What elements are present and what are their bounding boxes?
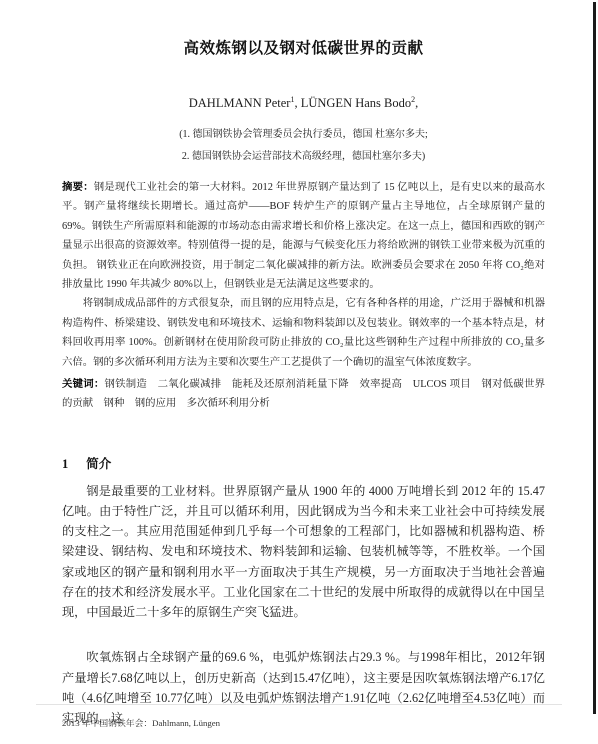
authors-trailing-comma: , (415, 96, 418, 110)
section-1-number: 1 (62, 457, 68, 471)
abstract-paragraph-2: 将钢制成成品部件的方式很复杂，而且钢的应用特点是，它有各种各样的用途，广泛用于器… (62, 294, 545, 372)
section-1-title: 简介 (86, 457, 111, 471)
footer-separator-rule (36, 704, 562, 705)
author-2: , LÜNGEN Hans Bodo (294, 96, 411, 110)
section-1-paragraph-1: 钢是最重要的工业材料。世界原钢产量从 1900 年的 4000 万吨增长到 20… (62, 481, 545, 622)
abstract-paragraph-1: 摘要：钢是现代工业社会的第一大材料。2012 年世界原钢产量达到了 15 亿吨以… (62, 178, 545, 294)
paper-page: 高效炼钢以及钢对低碳世界的贡献 DAHLMANN Peter1, LÜNGEN … (0, 0, 598, 744)
scan-edge-artifact (593, 2, 596, 714)
affiliation-line-2: 2. 德国钢铁协会运营部技术高级经理，德国杜塞尔多夫) (62, 146, 545, 168)
keywords-label: 关键词： (62, 379, 105, 390)
author-1: DAHLMANN Peter (189, 96, 291, 110)
keywords-block: 关键词：钢铁制造 二氧化碳减排 能耗及还原剂消耗量下降 效率提高 ULCOS 项… (62, 375, 545, 414)
scanned-paper-page: { "paper": { "title": "高效炼钢以及钢对低碳世界的贡献",… (0, 0, 598, 744)
affiliation-line-1: (1. 德国钢铁协会管理委员会执行委员，德国 杜塞尔多夫; (62, 124, 545, 146)
footer-text: 2013 年中国钢铁年会：Dahlmann, Lüngen (62, 716, 220, 729)
authors-line: DAHLMANN Peter1, LÜNGEN Hans Bodo2, (62, 95, 545, 112)
abstract-label: 摘要： (62, 182, 94, 193)
paper-title: 高效炼钢以及钢对低碳世界的贡献 (62, 38, 545, 60)
abstract-text-1: 钢是现代工业社会的第一大材料。2012 年世界原钢产量达到了 15 亿吨以上，是… (62, 182, 545, 290)
affiliations-block: (1. 德国钢铁协会管理委员会执行委员，德国 杜塞尔多夫; 2. 德国钢铁协会运… (62, 124, 545, 168)
keywords-list: 钢铁制造 二氧化碳减排 能耗及还原剂消耗量下降 效率提高 ULCOS 项目 钢对… (62, 379, 545, 409)
section-1-heading: 1简介 (62, 456, 545, 473)
